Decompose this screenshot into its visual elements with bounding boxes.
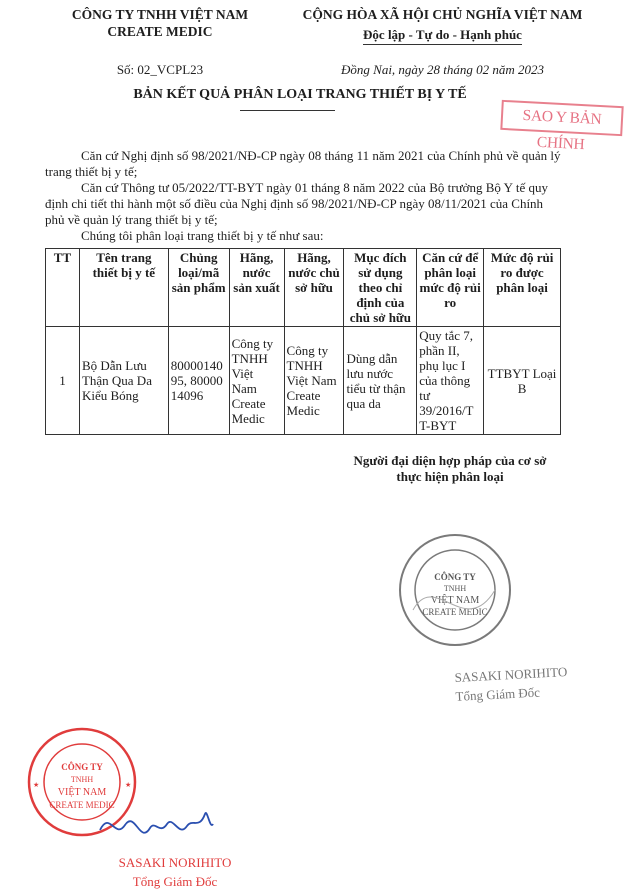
motto: Độc lập - Tự do - Hạnh phúc [270,26,615,43]
company-name-line1: CÔNG TY TNHH VIỆT NAM [60,6,260,23]
col-header-device-name: Tên trang thiết bị y tế [79,249,168,327]
col-header-manufacturer: Hãng, nước sản xuất [229,249,284,327]
copy-stamp: SAO Y BẢN CHÍNH [500,100,623,136]
legal-basis-2: Căn cứ Thông tư 05/2022/TT-BYT ngày 01 t… [45,180,565,228]
cell-tt: 1 [46,327,80,435]
svg-text:TNHH: TNHH [71,775,93,784]
svg-text:CREATE MEDIC: CREATE MEDIC [422,607,487,617]
cell-owner: Công ty TNHH Việt Nam Create Medic [284,327,344,435]
cell-risk: TTBYT Loại B [484,327,561,435]
svg-text:TNHH: TNHH [444,584,466,593]
company-seal-copy: CÔNG TY TNHH VIỆT NAM CREATE MEDIC [395,530,515,650]
col-header-tt: TT [46,249,80,327]
nation-name: CỘNG HÒA XÃ HỘI CHỦ NGHĨA VIỆT NAM [270,6,615,23]
legal-basis-1: Căn cứ Nghị định số 98/2021/NĐ-CP ngày 0… [45,148,565,180]
cell-basis: Quy tắc 7, phần II, phụ lục I của thông … [417,327,484,435]
cell-product-code: 8000014095, 8000014096 [168,327,229,435]
document-number: Số: 02_VCPL23 [60,62,260,78]
col-header-product-code: Chủng loại/mã sản phẩm [168,249,229,327]
title-underline [240,110,335,111]
company-header: CÔNG TY TNHH VIỆT NAM CREATE MEDIC [60,6,260,40]
cell-device-name: Bộ Dẫn Lưu Thận Qua Da Kiểu Bóng [79,327,168,435]
nation-header: CỘNG HÒA XÃ HỘI CHỦ NGHĨA VIỆT NAM Độc l… [270,6,615,43]
signatory-title: Người đại diện hợp pháp của cơ sở thực h… [300,453,600,485]
svg-text:★: ★ [33,781,39,789]
svg-text:VIỆT NAM: VIỆT NAM [58,786,107,798]
signatory-name: SASAKI NORIHITO Tổng Giám Đốc [90,853,260,891]
classification-intro: Chúng tôi phân loại trang thiết bị y tế … [45,228,565,244]
company-name-line2: CREATE MEDIC [60,23,260,40]
document-title: BẢN KẾT QUẢ PHÂN LOẠI TRANG THIẾT BỊ Y T… [110,87,490,103]
table-row: 1 Bộ Dẫn Lưu Thận Qua Da Kiểu Bóng 80000… [46,327,561,435]
col-header-basis: Căn cứ để phân loại mức độ rủi ro [417,249,484,327]
cell-manufacturer: Công ty TNHH Việt Nam Create Medic [229,327,284,435]
classification-table: TT Tên trang thiết bị y tế Chủng loại/mã… [45,248,561,435]
place-date: Đồng Nai, ngày 28 tháng 02 năm 2023 [270,62,615,78]
svg-text:CÔNG TY: CÔNG TY [434,572,476,582]
col-header-purpose: Mục đích sử dụng theo chỉ định của chủ s… [344,249,417,327]
signatory-name-copy: SASAKI NORIHITO Tổng Giám Đốc [454,662,569,706]
table-header-row: TT Tên trang thiết bị y tế Chủng loại/mã… [46,249,561,327]
cell-purpose: Dùng dẫn lưu nước tiểu từ thận qua da [344,327,417,435]
col-header-owner: Hãng, nước chủ sở hữu [284,249,344,327]
svg-text:VIỆT NAM: VIỆT NAM [431,594,480,606]
svg-text:CÔNG TY: CÔNG TY [61,762,103,772]
col-header-risk: Mức độ rủi ro được phân loại [484,249,561,327]
svg-text:★: ★ [125,781,131,789]
signature [95,800,225,850]
